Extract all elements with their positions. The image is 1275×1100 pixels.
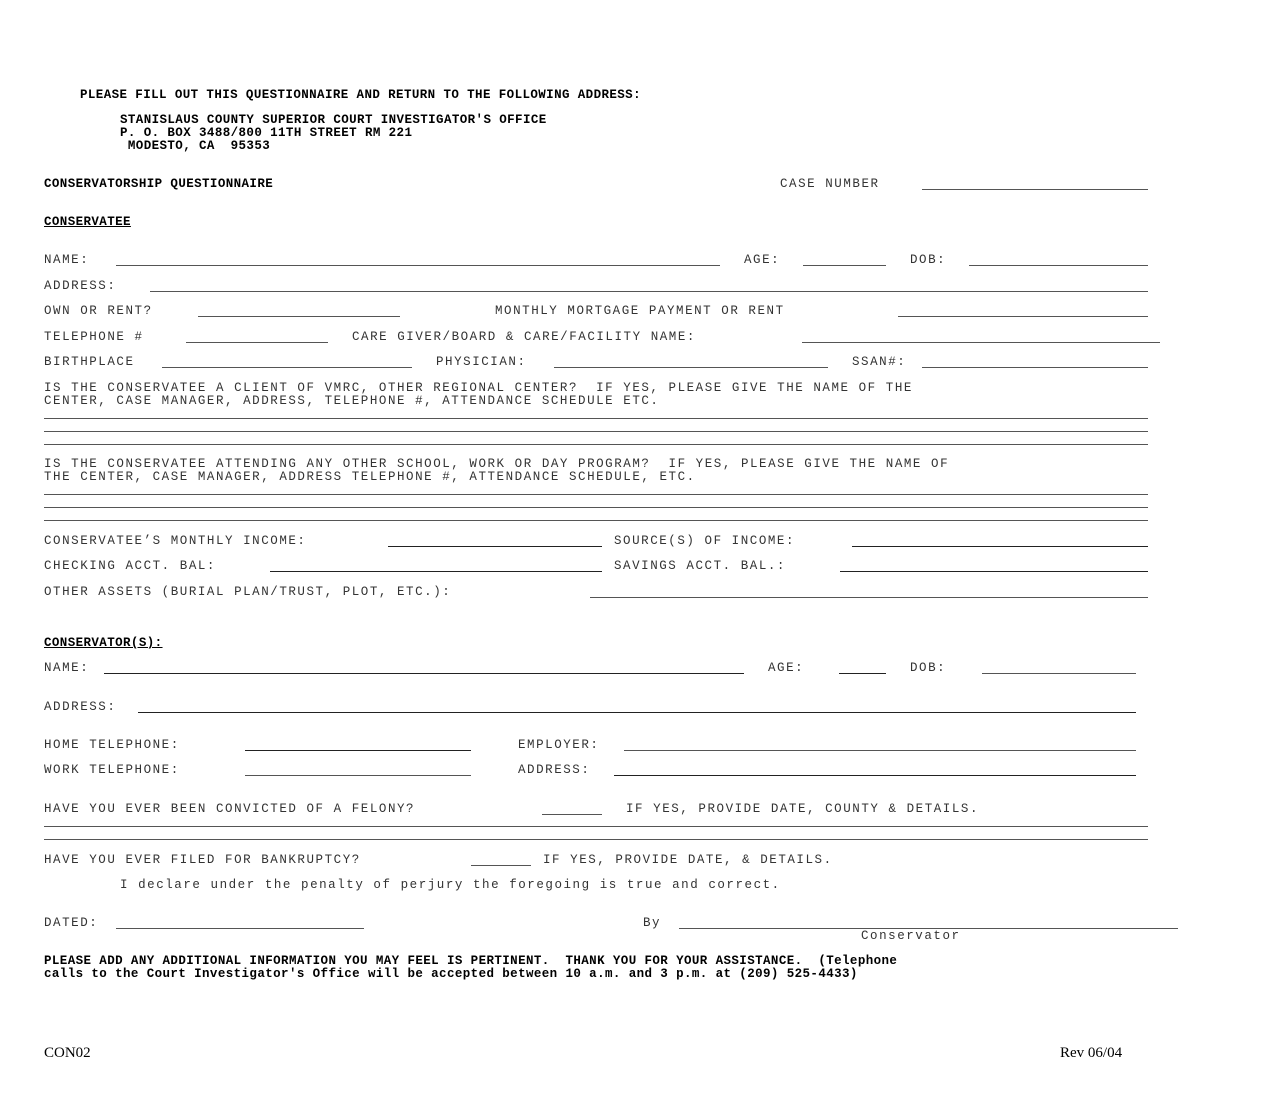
declaration-text: I declare under the penalty of perjury t…: [120, 879, 781, 892]
instructions-heading: PLEASE FILL OUT THIS QUESTIONNAIRE AND R…: [80, 89, 641, 102]
mortgage-label: MONTHLY MORTGAGE PAYMENT OR RENT: [495, 305, 785, 318]
conservatee-name-input[interactable]: [116, 251, 724, 267]
caregiver-label: CARE GIVER/BOARD & CARE/FACILITY NAME:: [352, 331, 696, 344]
physician-input[interactable]: [554, 353, 832, 369]
dated-input[interactable]: [116, 914, 368, 930]
conservator-section-title: CONSERVATOR(S):: [44, 637, 163, 650]
employer-address-input[interactable]: [614, 761, 1140, 777]
felony-details-input[interactable]: [44, 816, 1152, 842]
address-line-3: MODESTO, CA 95353: [120, 140, 270, 153]
savings-input[interactable]: [840, 557, 1152, 573]
bankruptcy-answer-input[interactable]: [471, 851, 535, 867]
conservator-dob-label: DOB:: [910, 662, 946, 675]
conservatee-dob-label: DOB:: [910, 254, 946, 267]
checking-label: CHECKING ACCT. BAL:: [44, 560, 216, 573]
case-number-label: CASE NUMBER: [780, 178, 880, 191]
bankruptcy-followup: IF YES, PROVIDE DATE, & DETAILS.: [543, 854, 833, 867]
conservatee-age-input[interactable]: [803, 251, 890, 267]
monthly-income-input[interactable]: [388, 532, 606, 548]
conservatee-dob-input[interactable]: [969, 251, 1152, 267]
felony-answer-input[interactable]: [542, 800, 606, 816]
conservatee-telephone-label: TELEPHONE #: [44, 331, 144, 344]
conservator-age-label: AGE:: [768, 662, 804, 675]
felony-followup: IF YES, PROVIDE DATE, COUNTY & DETAILS.: [626, 803, 979, 816]
savings-label: SAVINGS ACCT. BAL.:: [614, 560, 786, 573]
employer-address-label: ADDRESS:: [518, 764, 590, 777]
own-rent-input[interactable]: [198, 302, 404, 318]
conservator-name-label: NAME:: [44, 662, 89, 675]
physician-label: PHYSICIAN:: [436, 356, 527, 369]
conservator-address-label: ADDRESS:: [44, 701, 116, 714]
income-source-input[interactable]: [852, 532, 1152, 548]
ssan-label: SSAN#:: [852, 356, 906, 369]
work-telephone-input[interactable]: [245, 761, 475, 777]
revision-label: Rev 06/04: [1060, 1047, 1122, 1060]
own-rent-label: OWN OR RENT?: [44, 305, 153, 318]
checking-input[interactable]: [270, 557, 606, 573]
conservatee-section-title: CONSERVATEE: [44, 216, 131, 229]
conservator-dob-input[interactable]: [982, 659, 1140, 675]
income-source-label: SOURCE(S) OF INCOME:: [614, 535, 795, 548]
conservator-name-input[interactable]: [104, 659, 748, 675]
other-assets-input[interactable]: [590, 583, 1152, 599]
employer-label: EMPLOYER:: [518, 739, 599, 752]
conservatee-age-label: AGE:: [744, 254, 780, 267]
signature-input[interactable]: [679, 914, 1182, 930]
monthly-income-label: CONSERVATEE’S MONTHLY INCOME:: [44, 535, 307, 548]
case-number-input[interactable]: [922, 175, 1152, 191]
conservator-address-input[interactable]: [138, 698, 1140, 714]
work-telephone-label: WORK TELEPHONE:: [44, 764, 180, 777]
home-telephone-label: HOME TELEPHONE:: [44, 739, 180, 752]
conservatee-address-input[interactable]: [150, 277, 1152, 293]
signature-caption: Conservator: [861, 930, 961, 943]
footer-note-line-2: calls to the Court Investigator's Office…: [44, 968, 858, 981]
conservatee-telephone-input[interactable]: [186, 328, 332, 344]
bankruptcy-question: HAVE YOU EVER FILED FOR BANKRUPTCY?: [44, 854, 361, 867]
conservatee-name-label: NAME:: [44, 254, 89, 267]
employer-input[interactable]: [624, 736, 1140, 752]
home-telephone-input[interactable]: [245, 736, 475, 752]
ssan-input[interactable]: [922, 353, 1152, 369]
birthplace-label: BIRTHPLACE: [44, 356, 135, 369]
vmrc-answer-input[interactable]: [44, 406, 1152, 448]
felony-question: HAVE YOU EVER BEEN CONVICTED OF A FELONY…: [44, 803, 415, 816]
dated-label: DATED:: [44, 917, 98, 930]
program-answer-input[interactable]: [44, 482, 1152, 524]
other-assets-label: OTHER ASSETS (BURIAL PLAN/TRUST, PLOT, E…: [44, 586, 451, 599]
birthplace-input[interactable]: [162, 353, 416, 369]
mortgage-input[interactable]: [898, 302, 1152, 318]
conservatee-address-label: ADDRESS:: [44, 280, 116, 293]
form-title: CONSERVATORSHIP QUESTIONNAIRE: [44, 178, 273, 191]
form-code: CON02: [44, 1047, 91, 1060]
caregiver-input[interactable]: [802, 328, 1164, 344]
conservator-age-input[interactable]: [839, 659, 890, 675]
by-label: By: [643, 917, 661, 930]
